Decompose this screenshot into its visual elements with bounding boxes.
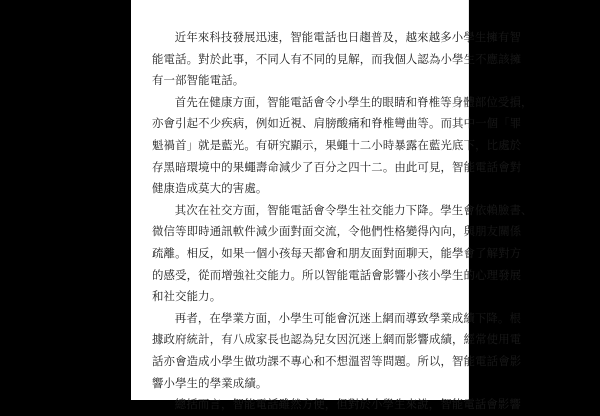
paragraph-conclusion: 總括而言，智能電話雖然方便，但對於小學生來說，智能電話會影響	[152, 394, 452, 400]
paragraph-academic: 再者，在學業方面，小學生可能會沉迷上網而導致學業成績下降。根 據政府統計，有八成…	[152, 308, 452, 394]
paragraph-social: 其次在社交方面，智能電話會令學生社交能力下降。學生會依賴臉書、 微信等即時通訊軟…	[152, 200, 452, 308]
text-line: 能電話。對於此事，不同人有不同的見解，而我個人認為小學生不應該擁	[152, 49, 452, 71]
text-line: 魁禍首」就是藍光。有研究顯示，果蠅十二小時暴露在藍光底下，比處於	[152, 135, 452, 157]
paragraph-health: 首先在健康方面，智能電話會令小學生的眼睛和脊椎等身體部位受損， 亦會引起不少疾病…	[152, 92, 452, 200]
text-line: 響小學生的學業成績。	[152, 373, 452, 395]
text-line: 據政府統計，有八成家長也認為兒女因沉迷上網而影響成績，經常使用電	[152, 329, 452, 351]
text-line: 有一部智能電話。	[152, 70, 452, 92]
document-body: 近年來科技發展迅速，智能電話也日趨普及，越來越多小學生擁有智 能電話。對於此事，…	[152, 27, 452, 400]
text-line: 近年來科技發展迅速，智能電話也日趨普及，越來越多小學生擁有智	[152, 27, 452, 49]
text-line: 首先在健康方面，智能電話會令小學生的眼睛和脊椎等身體部位受損，	[152, 92, 452, 114]
paragraph-intro: 近年來科技發展迅速，智能電話也日趨普及，越來越多小學生擁有智 能電話。對於此事，…	[152, 27, 452, 92]
text-line: 的感受，從而增強社交能力。所以智能電話會影響小孩小學生的心理發展	[152, 265, 452, 287]
text-line: 存黑暗環境中的果蠅壽命減少了百分之四十二。由此可見，智能電話會對	[152, 157, 452, 179]
text-line: 其次在社交方面，智能電話會令學生社交能力下降。學生會依賴臉書、	[152, 200, 452, 222]
text-line: 話亦會造成小學生做功課不專心和不想溫習等問題。所以，智能電話會影	[152, 351, 452, 373]
text-line: 亦會引起不少疾病，例如近視、肩膀酸痛和脊椎彎曲等。而其中一個「罪	[152, 113, 452, 135]
text-line: 再者，在學業方面，小學生可能會沉迷上網而導致學業成績下降。根	[152, 308, 452, 330]
text-line: 微信等即時通訊軟件減少面對面交流，令他們性格變得內向，與朋友關係	[152, 221, 452, 243]
document-page: 近年來科技發展迅速，智能電話也日趨普及，越來越多小學生擁有智 能電話。對於此事，…	[131, 0, 469, 400]
text-line: 和社交能力。	[152, 286, 452, 308]
text-line: 總括而言，智能電話雖然方便，但對於小學生來說，智能電話會影響	[152, 394, 452, 400]
text-line: 健康造成莫大的害處。	[152, 178, 452, 200]
text-line: 疏離。相反，如果一個小孩每天都會和朋友面對面聊天，能學會了解對方	[152, 243, 452, 265]
